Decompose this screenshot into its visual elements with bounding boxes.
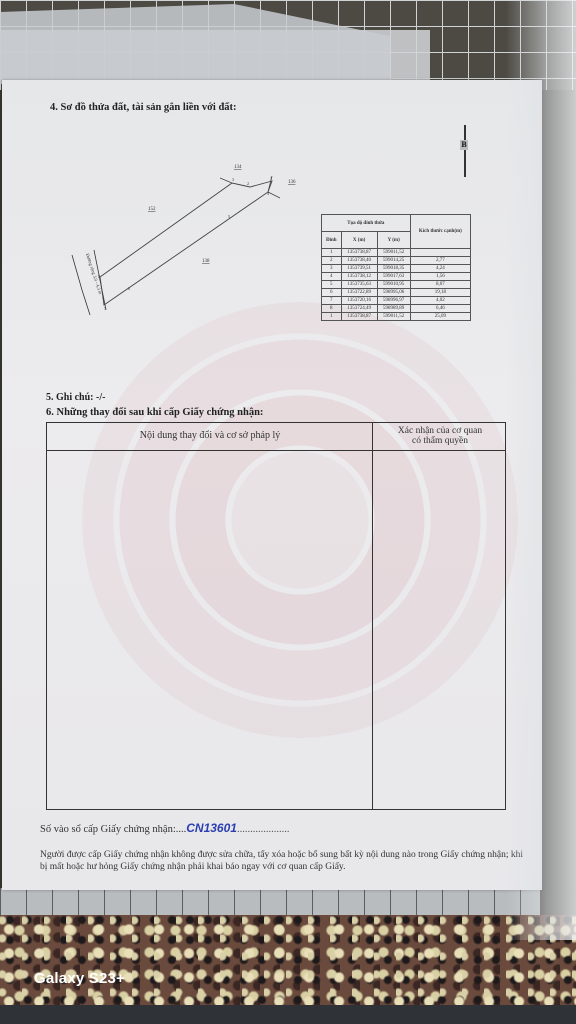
section-5-note: 5. Ghi chú: -/- <box>46 392 105 403</box>
registration-label: Số vào sổ cấp Giấy chứng nhận:.... <box>40 824 186 835</box>
north-label: B <box>460 140 468 150</box>
changes-col1-header: Nội dung thay đổi và cơ sở pháp lý <box>47 430 373 441</box>
parcel-diagram: 134 152 136 138 3 2 1 4 5 6 7 8 Đường rộ… <box>60 150 320 320</box>
svg-text:2: 2 <box>247 181 249 186</box>
neighbor-label: 136 <box>288 180 296 185</box>
section-4-title: 4. Sơ đồ thửa đất, tài sản gắn liền với … <box>50 102 237 113</box>
coord-row: 21353738,40599014,252,77 <box>322 257 471 265</box>
road-label: Đường rộng 3,9 - 4,3 m <box>84 253 103 296</box>
svg-text:7: 7 <box>104 306 106 311</box>
coord-row: 31353739,51599018,354,24 <box>322 265 471 273</box>
coord-header-edge: Kích thước cạnh(m) <box>410 215 470 249</box>
coord-row: 41353738,12599017,631,56 <box>322 273 471 281</box>
svg-text:6: 6 <box>128 286 130 291</box>
north-arrow-icon <box>464 125 466 177</box>
coordinate-table: Tọa độ đỉnh thửa Kích thước cạnh(m) Đỉnh… <box>321 214 471 321</box>
coord-row: 11353738,87599011,52 <box>322 249 471 257</box>
changes-col2-header: Xác nhận của cơ quan có thẩm quyền <box>373 426 507 446</box>
plastic-sleeve <box>506 0 576 940</box>
svg-text:5: 5 <box>228 214 230 219</box>
coord-header-vertex: Đỉnh <box>322 232 342 249</box>
coord-row: 71353720,16598996,974,02 <box>322 297 471 305</box>
coord-header-y: Y (m) <box>377 232 410 249</box>
coord-row: 11353738,87599011,5225,09 <box>322 313 471 321</box>
coord-row: 51353735,63599010,958,07 <box>322 281 471 289</box>
changes-content-column <box>47 423 373 809</box>
neighbor-label: 138 <box>202 259 210 264</box>
svg-text:1: 1 <box>270 176 272 181</box>
registration-number: CN13601 <box>186 821 237 835</box>
shadow <box>0 1005 576 1024</box>
coord-header-x: X (m) <box>341 232 377 249</box>
coord-table-title: Tọa độ đỉnh thửa <box>322 215 411 232</box>
coord-row: 81353724,49598989,896,46 <box>322 305 471 313</box>
svg-text:3: 3 <box>232 177 234 182</box>
section-6-title: 6. Những thay đổi sau khi cấp Giấy chứng… <box>46 407 263 418</box>
certificate-notice: Người được cấp Giấy chứng nhận không đượ… <box>40 849 530 873</box>
changes-table: Nội dung thay đổi và cơ sở pháp lý Xác n… <box>46 422 506 810</box>
neighbor-label: 134 <box>234 165 242 170</box>
svg-text:4: 4 <box>267 191 269 196</box>
coord-row: 61353722,89598995,0619,18 <box>322 289 471 297</box>
registration-number-line: Số vào sổ cấp Giấy chứng nhận:....CN1360… <box>40 821 289 835</box>
neighbor-label: 152 <box>148 207 156 212</box>
